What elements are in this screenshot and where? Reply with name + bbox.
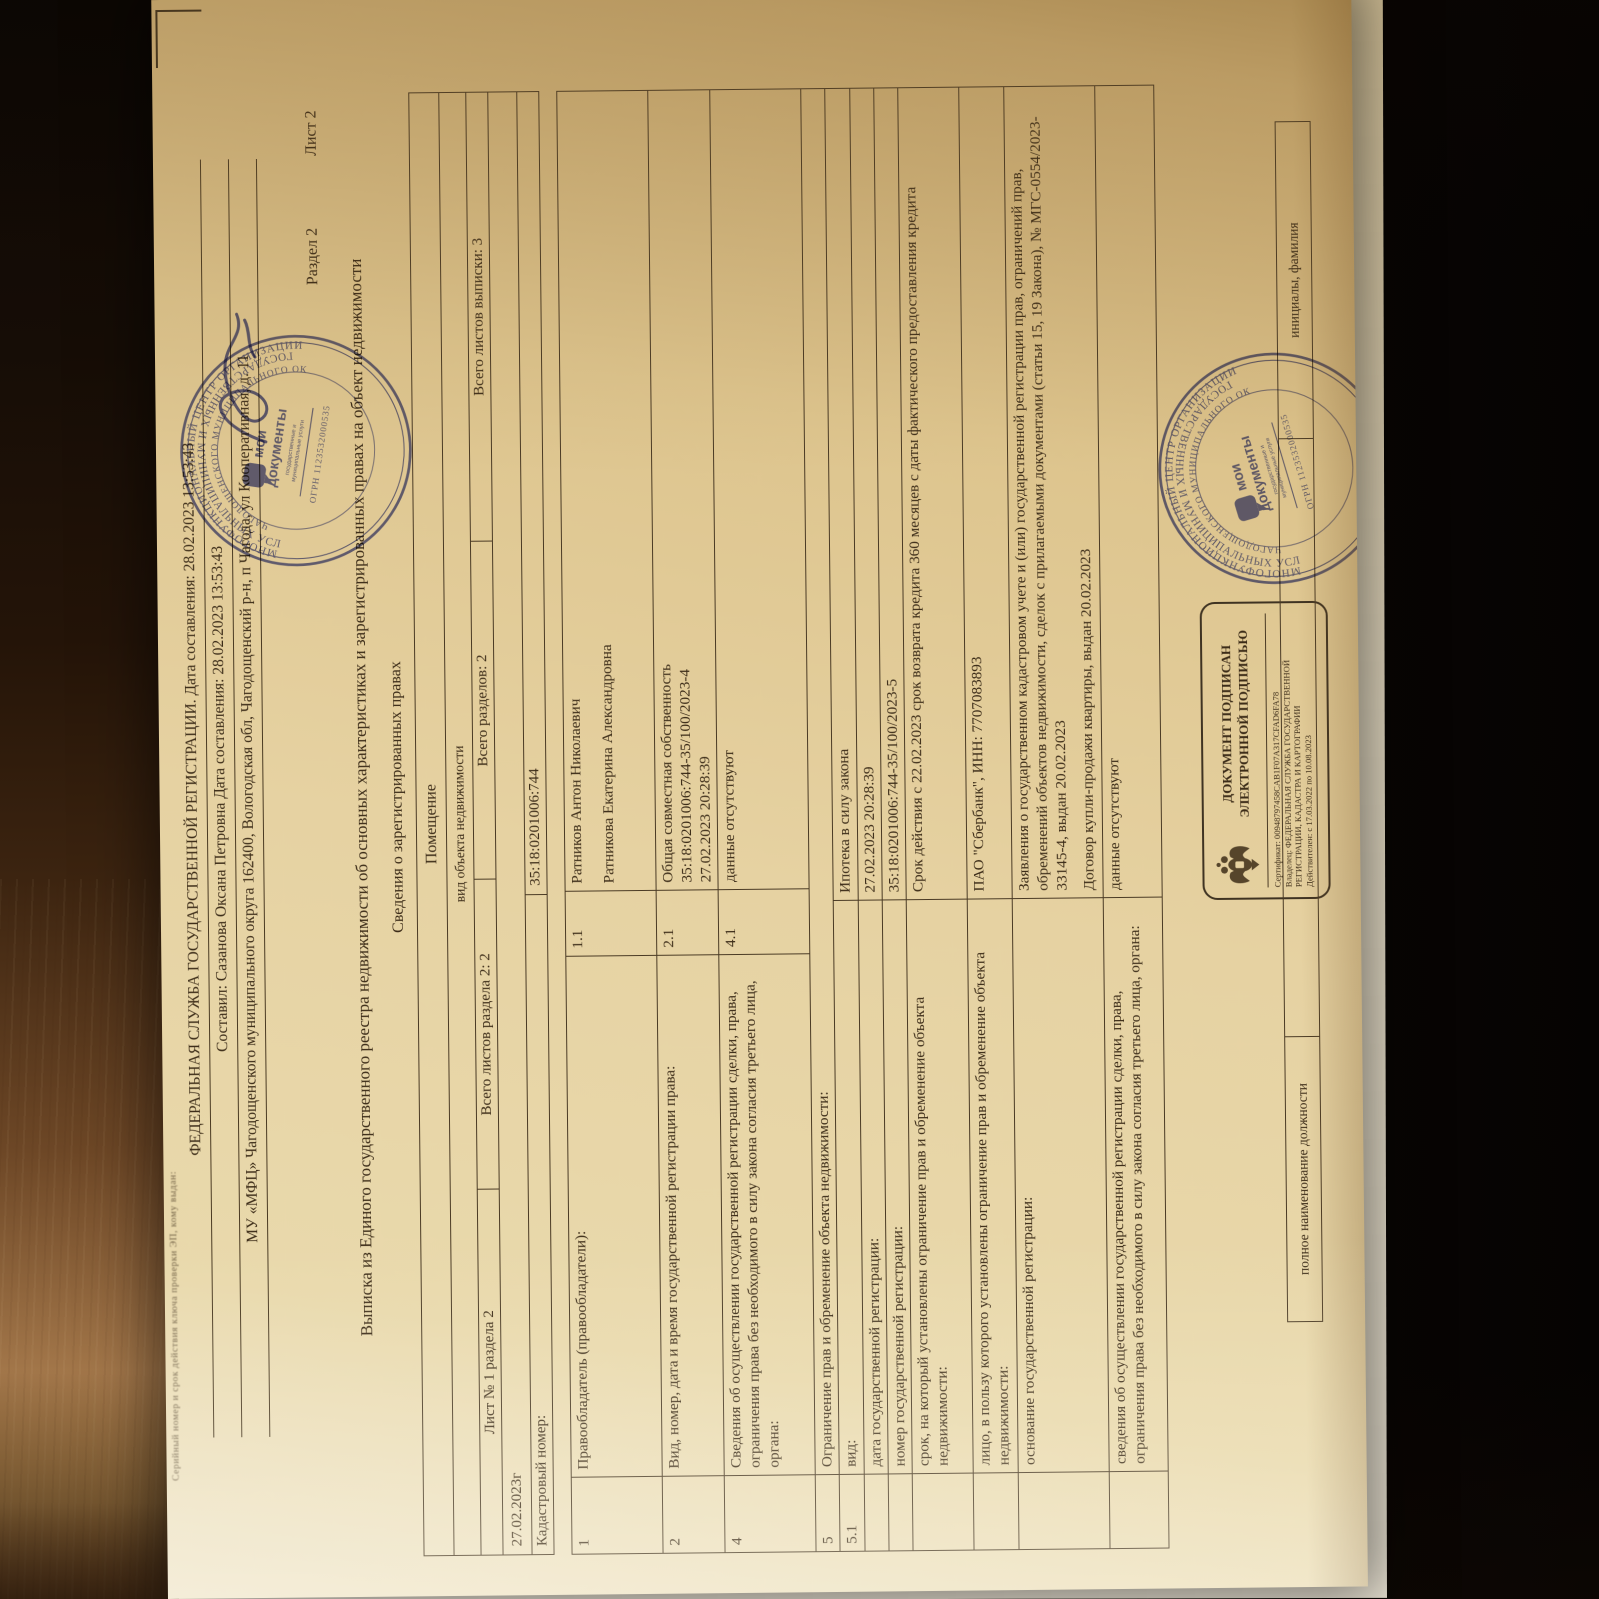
owner-name-2: Ратникова Екатерина Александровна: [591, 98, 618, 883]
row-value: данные отсутствуют: [710, 89, 808, 889]
position-label: полное наименование должности: [1285, 1036, 1322, 1321]
signature-line: полное наименование должности инициалы, …: [1275, 121, 1324, 1322]
beneficiary: ПАО "Сбербанк", ИНН: 7707083893: [961, 94, 988, 891]
esign-line2: ЭЛЕКТРОННОЙ ПОДПИСЬЮ: [1234, 614, 1253, 834]
corner-frame-mark: [155, 10, 202, 68]
section-sheet-labels: Раздел 2 Лист 2: [302, 110, 322, 285]
row-value: ПАО "Сбербанк", ИНН: 7707083893: [959, 87, 1011, 898]
sheet-label: Лист 2: [302, 110, 320, 156]
section-label: Раздел 2: [304, 228, 323, 285]
row-label: сведения об осуществлении государственно…: [1104, 897, 1168, 1472]
table-row-owner: 1 Правообладатель (правообладатели): 1.1…: [557, 91, 663, 1554]
row-number: 4: [725, 1474, 816, 1552]
page-subtitle: Сведения о зарегистрированных правах: [381, 67, 414, 1526]
document-content: Серийный номер и срок действия ключа про…: [151, 0, 1368, 1599]
row-label: лицо, в пользу которого установлены огра…: [968, 898, 1018, 1472]
row-value: Срок действия с 22.02.2023 срок возврата…: [898, 88, 966, 900]
basis-statement: Заявления о государственном кадастровом …: [1006, 94, 1071, 892]
row-subnumber: [974, 1472, 1019, 1549]
coat-of-arms-icon: [1211, 842, 1261, 889]
row-value: Ратников Антон Николаевич Ратникова Екат…: [557, 91, 655, 891]
no-data-note: данные отсутствуют: [712, 97, 739, 882]
row-label: основание государственной регистрации:: [1013, 897, 1109, 1472]
sections-count-cell: Всего разделов: 2: [471, 541, 496, 879]
row-subnumber: 5.1: [840, 1474, 865, 1551]
restriction-term: Срок действия с 22.02.2023 срок возврата…: [900, 95, 927, 892]
photo-of-document: Серийный номер и срок действия ключа про…: [0, 0, 1599, 1599]
row-number: 5: [816, 1474, 840, 1551]
section-sheets-cell: Всего листов раздела 2: 2: [474, 879, 498, 1189]
row-subnumber: [913, 1473, 974, 1551]
meta-table: Помещение вид объекта недвижимости Лист …: [408, 91, 554, 1556]
row-value: Общая совместная собственность 35:18:020…: [648, 90, 717, 890]
row-number: 2: [663, 1475, 725, 1553]
owner-name-1: Ратников Антон Николаевич: [559, 99, 586, 884]
row-label: срок, на который установлены ограничение…: [907, 899, 973, 1474]
row-number: 1: [572, 1476, 663, 1554]
row-subnumber: 2.1: [657, 889, 719, 955]
esignature-titles: ДОКУМЕНТ ПОДПИСАН ЭЛЕКТРОННОЙ ПОДПИСЬЮ: [1217, 614, 1253, 834]
row-subnumber: 1.1: [566, 890, 657, 956]
rights-table: 1 Правообладатель (правообладатели): 1.1…: [556, 85, 1169, 1555]
row-subnumber: [1110, 1471, 1169, 1549]
row-value: Заявления о государственном кадастровом …: [1004, 86, 1102, 898]
esignature-header: ДОКУМЕНТ ПОДПИСАН ЭЛЕКТРОННОЙ ПОДПИСЬЮ: [1209, 614, 1262, 889]
page-title: Выписка из Единого государственного реес…: [344, 68, 379, 1527]
row-subnumber: [865, 1473, 889, 1550]
table-row-restriction-basis: основание государственной регистрации: З…: [1004, 86, 1110, 1549]
mfc-round-stamp: МНОГОФУНКЦИОНАЛЬНЫЙ ЦЕНТР ОРГАНИЗАЦИИ ПР…: [151, 298, 448, 602]
row-label: Правообладатель (правообладатели):: [566, 955, 661, 1477]
row-subnumber: [889, 1473, 913, 1550]
sheet-number-cell: Лист № 1 раздела 2: [478, 1189, 503, 1555]
row-label: Вид, номер, дата и время государственной…: [657, 954, 723, 1476]
row-subnumber: 4.1: [719, 888, 810, 954]
row-subnumber: [1019, 1471, 1110, 1549]
table-row-deal-info: 4 Сведения об осуществлении государствен…: [710, 89, 816, 1552]
document-header-lines: ФЕДЕРАЛЬНАЯ СЛУЖБА ГОСУДАРСТВЕННОЙ РЕГИС…: [172, 59, 271, 1539]
document-page: Серийный номер и срок действия ключа про…: [151, 0, 1368, 1599]
row-label: Сведения об осуществлении государственно…: [719, 953, 814, 1475]
